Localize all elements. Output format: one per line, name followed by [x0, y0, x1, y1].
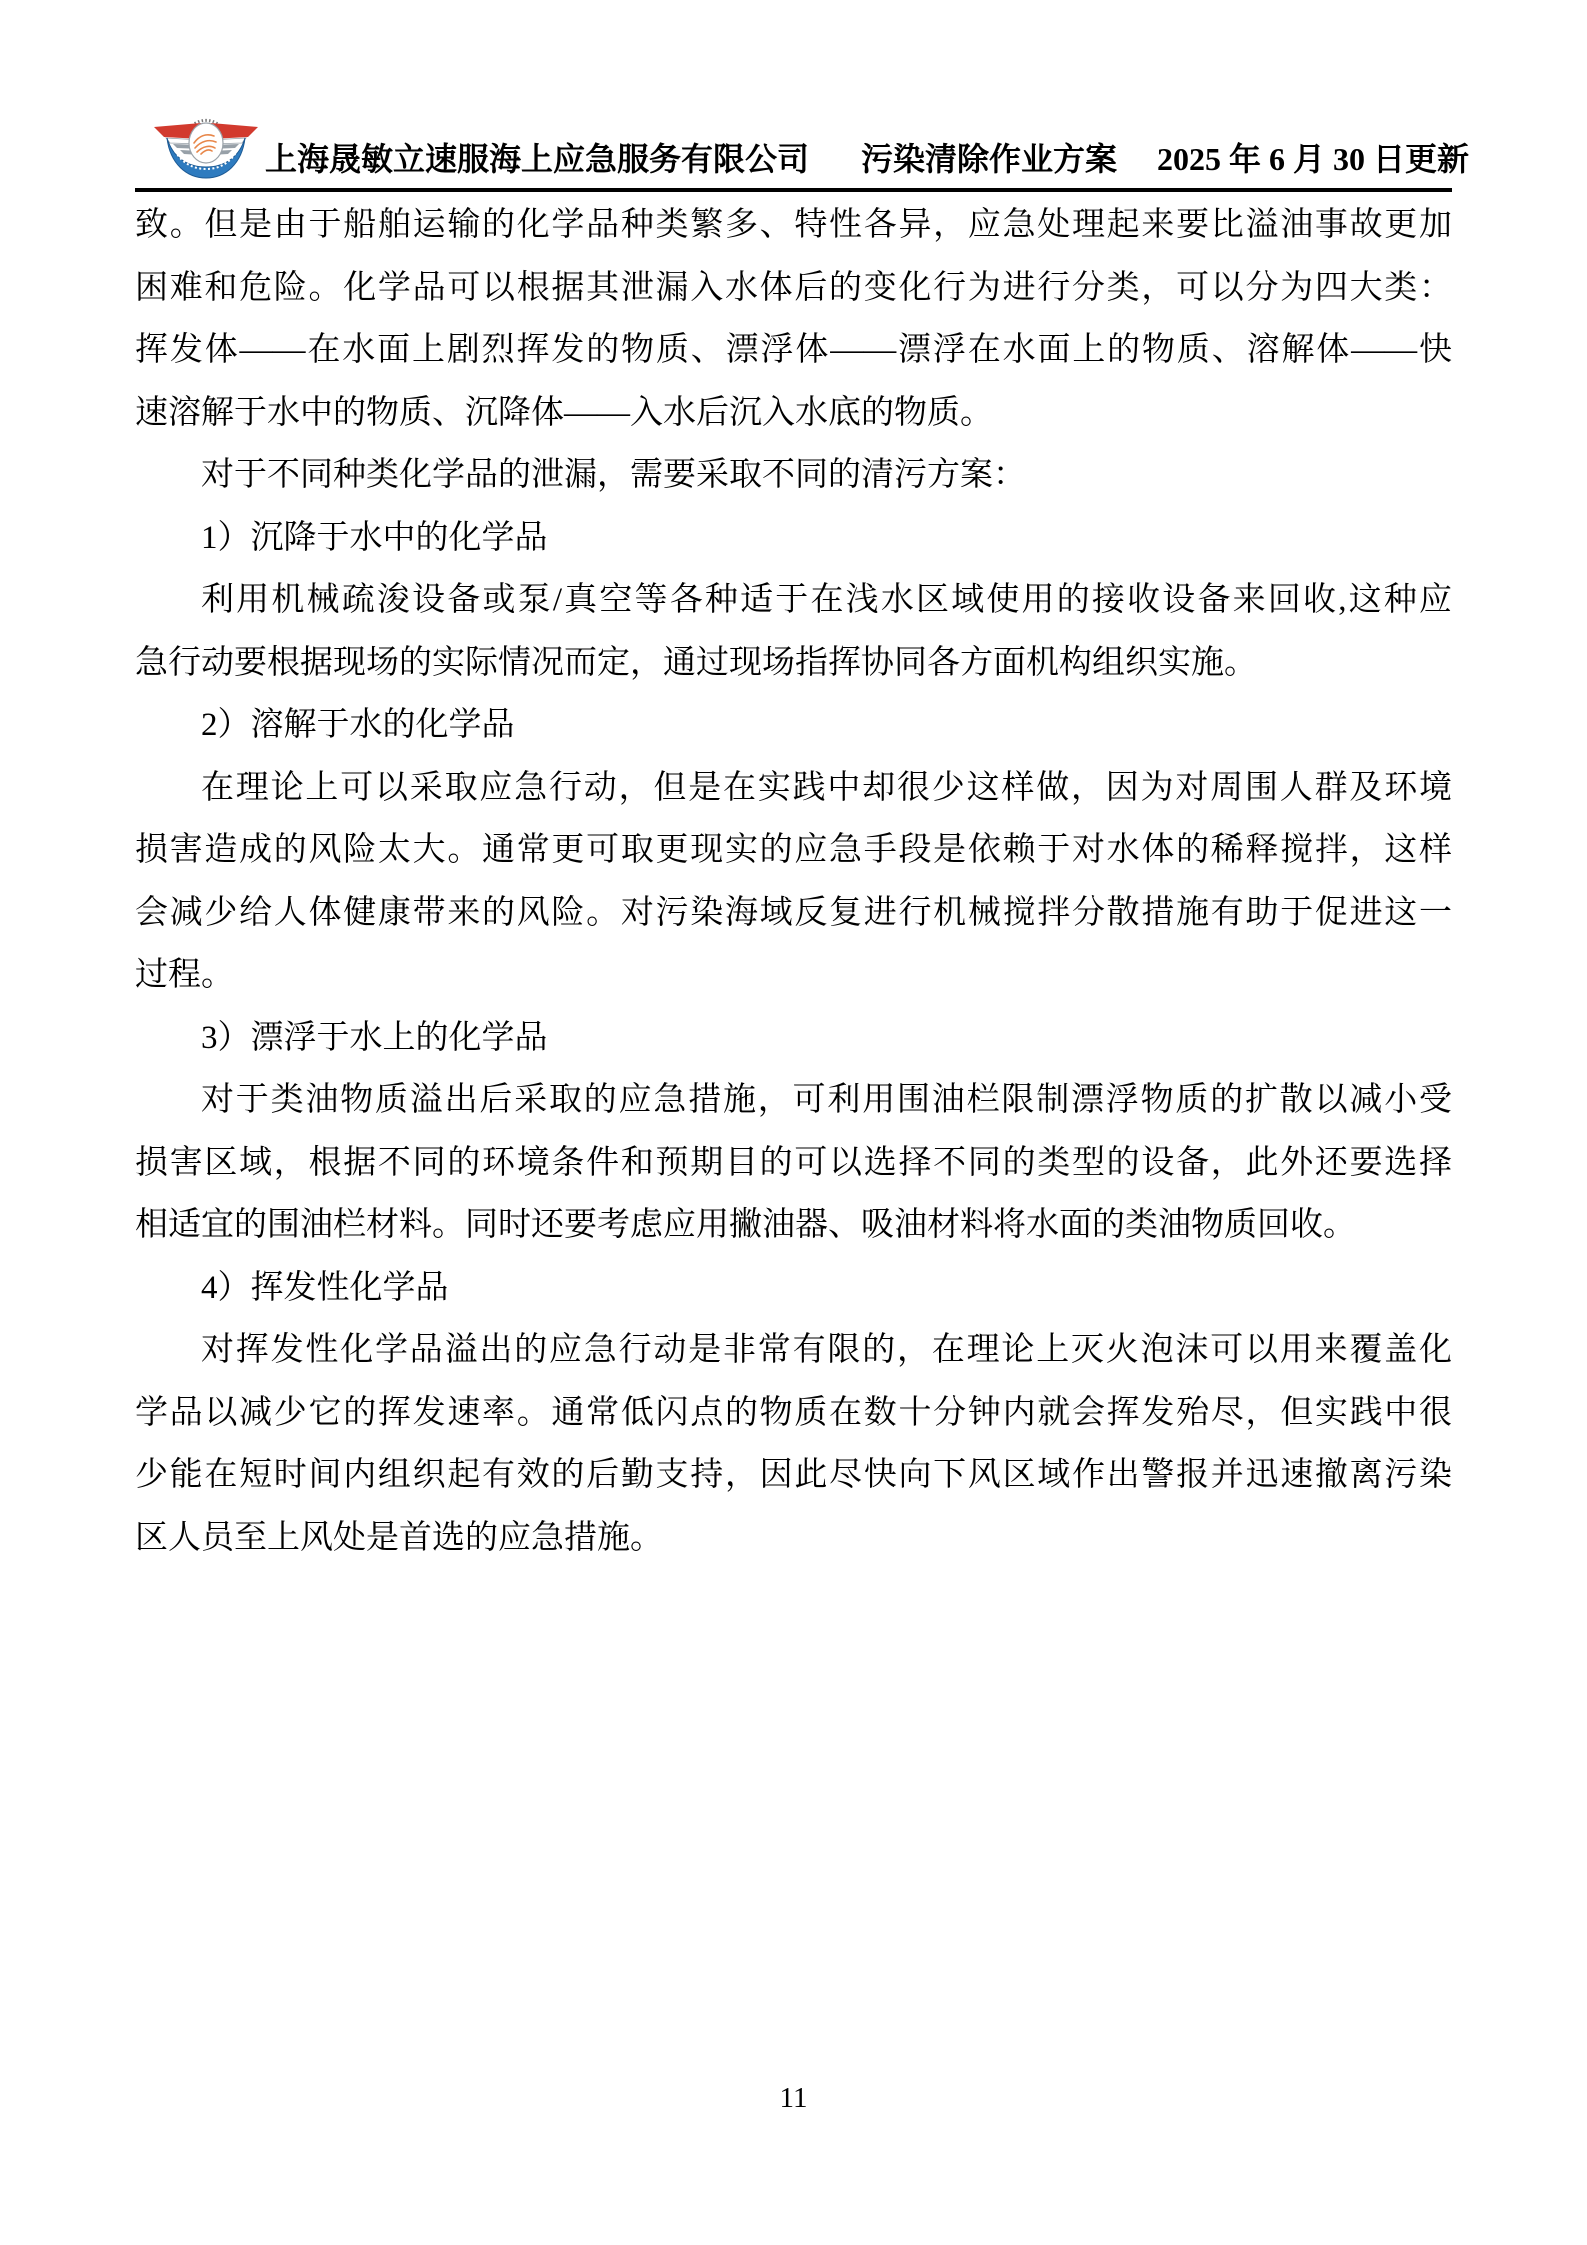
page-header: 上海晟敏立速服海上应急服务有限公司污染清除作业方案2025 年 6 月 30 日… — [135, 0, 1452, 192]
page-footer: 11 — [0, 2076, 1587, 2120]
text-line: 在理论上可以采取应急行动，但是在实践中却很少这样做，因为对周围人群及环境 — [135, 757, 1452, 820]
text-line: 损害区域，根据不同的环境条件和预期目的可以选择不同的类型的设备，此外还要选择 — [135, 1132, 1452, 1195]
company-name: 上海晟敏立速服海上应急服务有限公司 — [265, 141, 809, 177]
text-line: 对于类油物质溢出后采取的应急措施，可利用围油栏限制漂浮物质的扩散以减小受 — [135, 1069, 1452, 1132]
text-line: 速溶解于水中的物质、沉降体——入水后沉入水底的物质。 — [135, 382, 1452, 445]
text-line: 对挥发性化学品溢出的应急行动是非常有限的，在理论上灭火泡沫可以用来覆盖化 — [135, 1319, 1452, 1382]
text-line: 区人员至上风处是首选的应急措施。 — [135, 1507, 1452, 1570]
text-line: 利用机械疏浚设备或泵/真空等各种适于在浅水区域使用的接收设备来回收,这种应 — [135, 569, 1452, 632]
text-line: 2）溶解于水的化学品 — [135, 694, 1452, 757]
text-line: 过程。 — [135, 944, 1452, 1007]
update-date: 2025 年 6 月 30 日更新 — [1157, 141, 1469, 177]
text-line: 致。但是由于船舶运输的化学品种类繁多、特性各异，应急处理起来要比溢油事故更加 — [135, 194, 1452, 257]
document-title: 污染清除作业方案 — [861, 141, 1117, 177]
text-line: 对于不同种类化学品的泄漏，需要采取不同的清污方案： — [135, 444, 1452, 507]
text-line: 相适宜的围油栏材料。同时还要考虑应用撇油器、吸油材料将水面的类油物质回收。 — [135, 1194, 1452, 1257]
text-line: 损害造成的风险太大。通常更可取更现实的应急手段是依赖于对水体的稀释搅拌，这样 — [135, 819, 1452, 882]
header-text: 上海晟敏立速服海上应急服务有限公司污染清除作业方案2025 年 6 月 30 日… — [265, 136, 1469, 182]
page-number: 11 — [780, 2082, 808, 2114]
text-line: 4）挥发性化学品 — [135, 1257, 1452, 1320]
text-line: 挥发体——在水面上剧烈挥发的物质、漂浮体——漂浮在水面上的物质、溶解体——快 — [135, 319, 1452, 382]
text-line: 会减少给人体健康带来的风险。对污染海域反复进行机械搅拌分散措施有助于促进这一 — [135, 882, 1452, 945]
text-line: 学品以减少它的挥发速率。通常低闪点的物质在数十分钟内就会挥发殆尽，但实践中很 — [135, 1382, 1452, 1445]
text-line: 3）漂浮于水上的化学品 — [135, 1007, 1452, 1070]
document-body: 致。但是由于船舶运输的化学品种类繁多、特性各异，应急处理起来要比溢油事故更加困难… — [135, 194, 1452, 1569]
text-line: 急行动要根据现场的实际情况而定，通过现场指挥协同各方面机构组织实施。 — [135, 632, 1452, 695]
text-line: 1）沉降于水中的化学品 — [135, 507, 1452, 570]
company-logo-icon — [151, 118, 261, 182]
text-line: 少能在短时间内组织起有效的后勤支持，因此尽快向下风区域作出警报并迅速撤离污染 — [135, 1444, 1452, 1507]
page: { "theme":{ "text-black":"#000000", "rul… — [0, 0, 1587, 2245]
text-line: 困难和危险。化学品可以根据其泄漏入水体后的变化行为进行分类，可以分为四大类： — [135, 257, 1452, 320]
